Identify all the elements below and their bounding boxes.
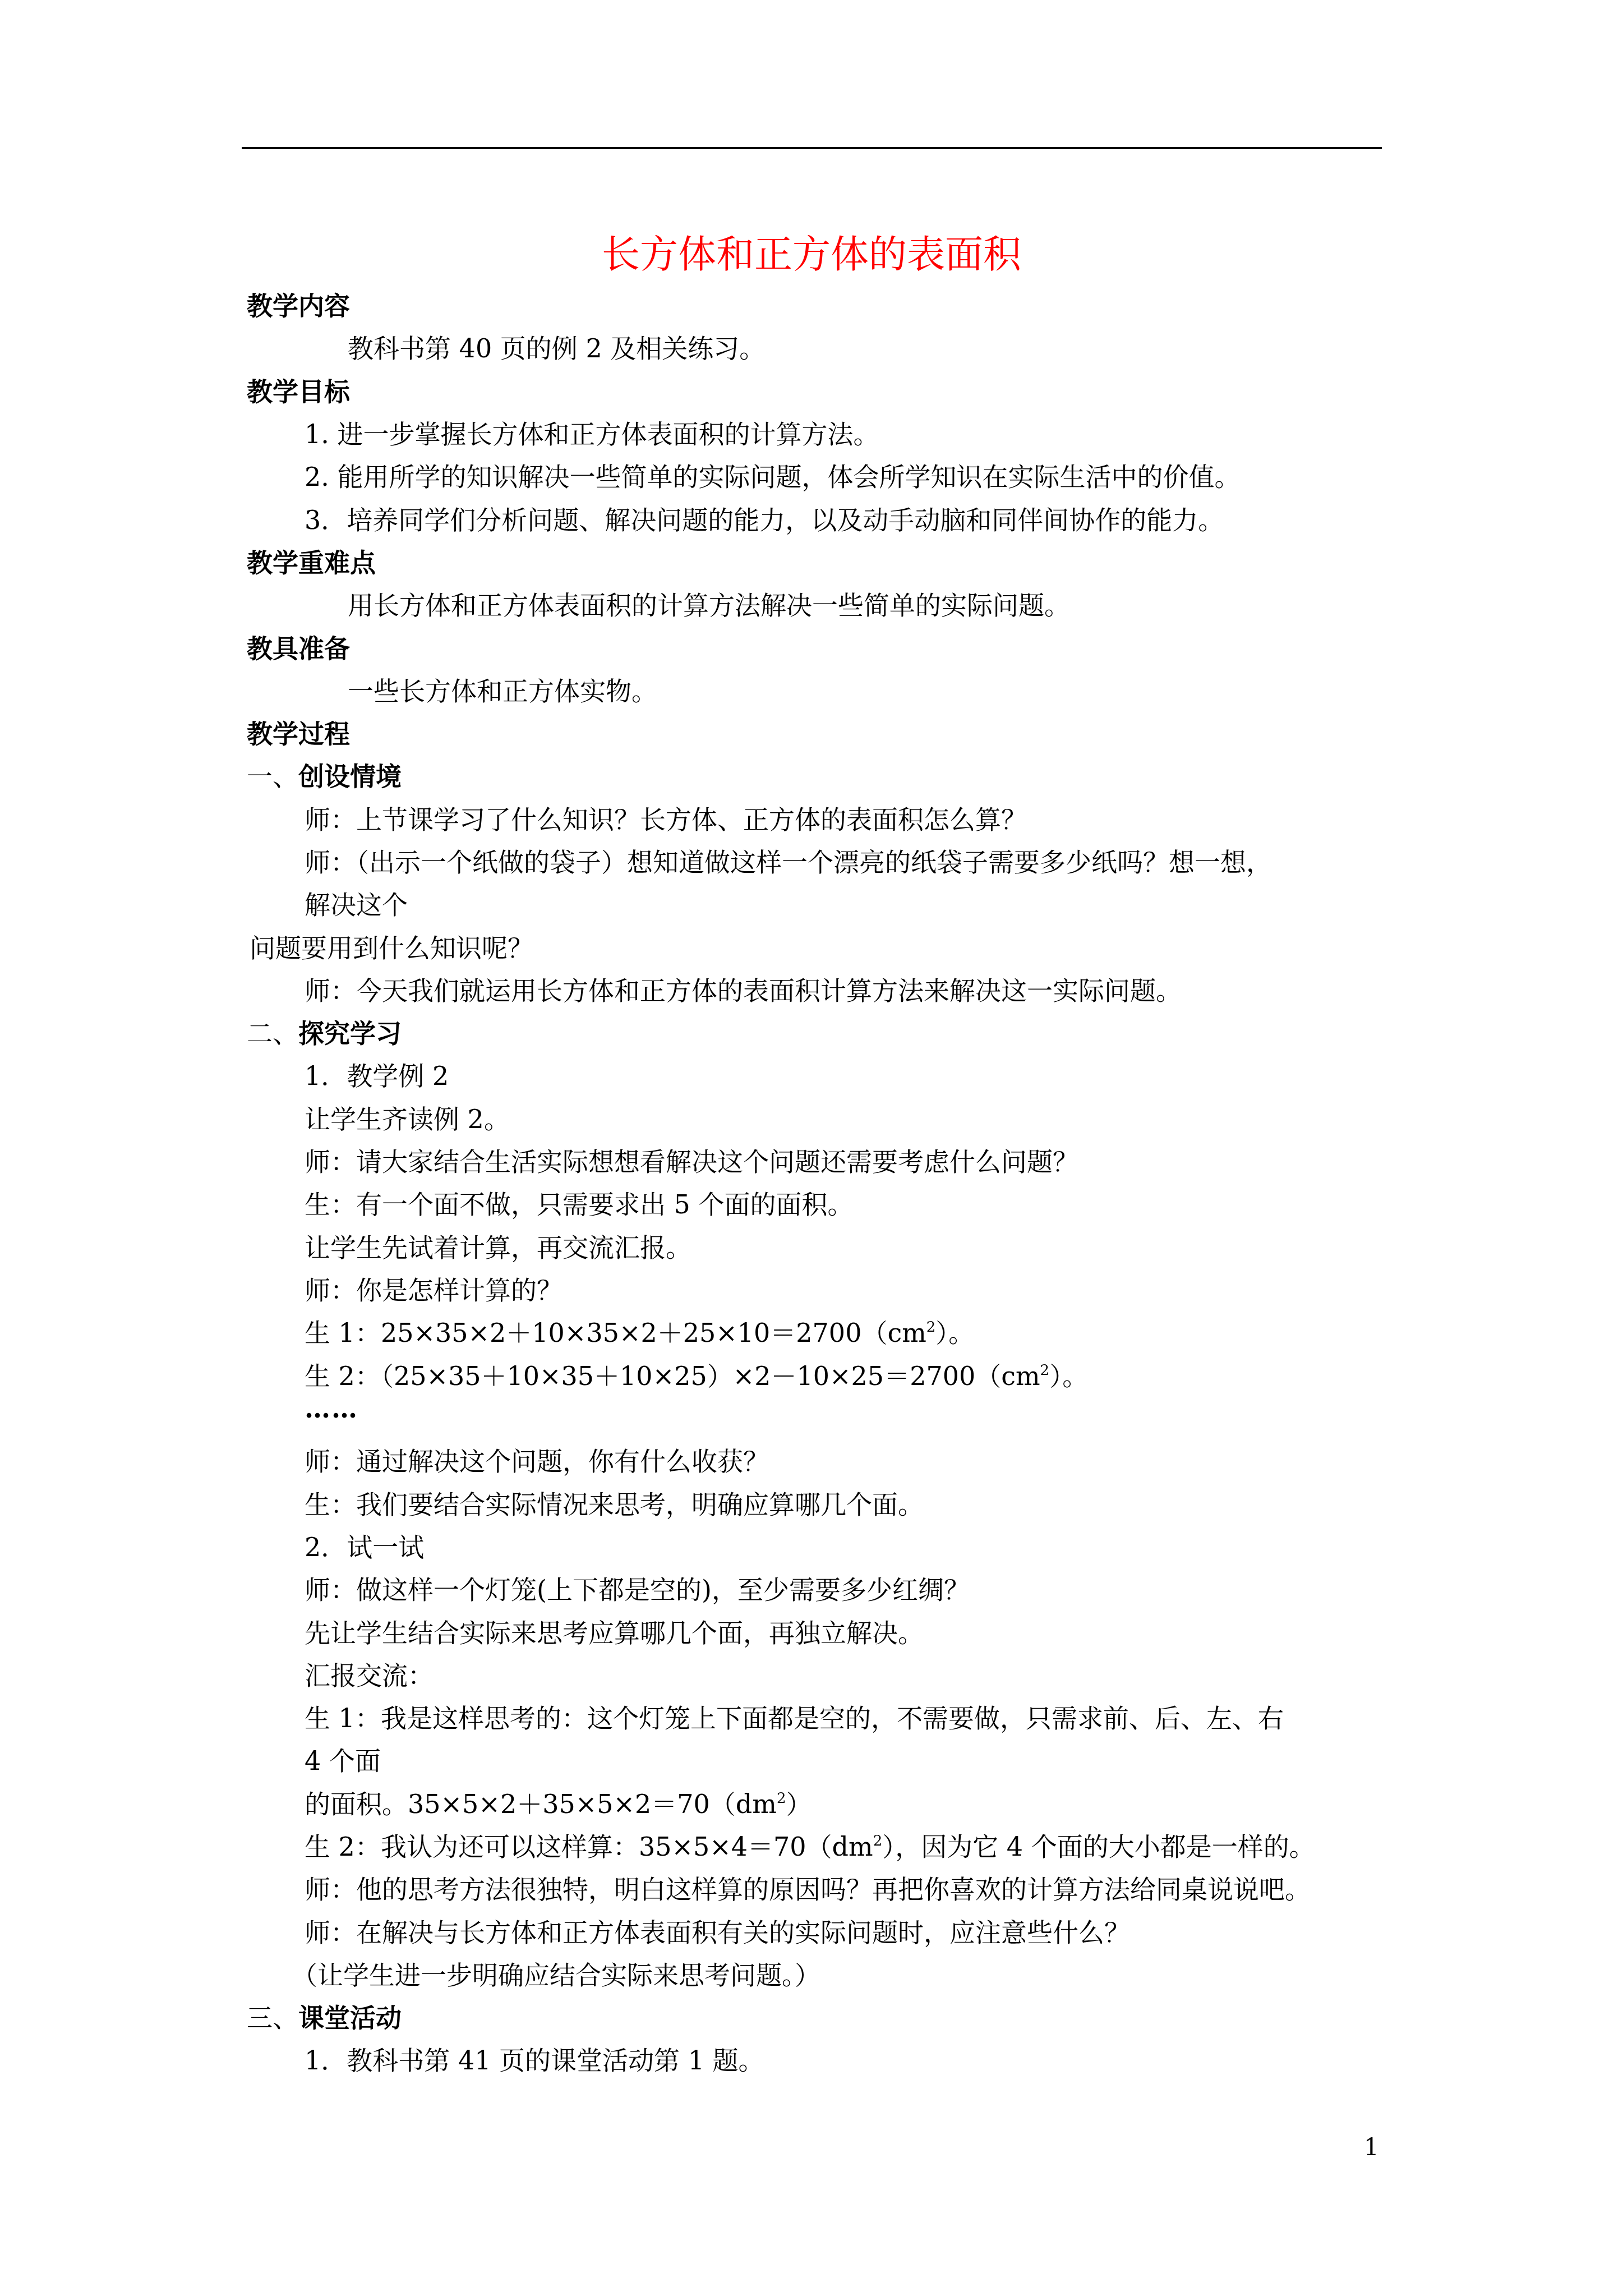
section-heading-key-points: 教学重难点	[247, 541, 376, 584]
formula-line-area: 的面积。35×5×2＋35×5×2＝70（dm2）	[305, 1783, 811, 1825]
page-number: 1	[1364, 2132, 1379, 2163]
formula-text: ）。	[1049, 1361, 1088, 1391]
part-heading-2: 二、探究学习	[247, 1012, 402, 1055]
dialogue-line: 让学生齐读例 2。	[305, 1098, 510, 1140]
formula-text: ）。	[935, 1318, 974, 1348]
objective-item: 3．培养同学们分析问题、解决问题的能力，以及动手动脑和同伴间协作的能力。	[305, 499, 1224, 541]
formula-text: 的面积。35×5×2＋35×5×2＝70（dm	[305, 1789, 777, 1819]
dialogue-line: 解决这个	[305, 884, 408, 926]
section-heading-materials: 教具准备	[247, 627, 350, 670]
dialogue-line: 汇报交流：	[305, 1654, 434, 1697]
part-heading-3: 三、课堂活动	[247, 1996, 402, 2039]
dialogue-line: 生：我们要结合实际情况来思考，明确应算哪几个面。	[305, 1483, 924, 1526]
formula-text: 生 2：我认为还可以这样算：35×5×4＝70（dm	[305, 1832, 873, 1862]
dialogue-line: 2．试一试	[305, 1526, 424, 1568]
activity-item: 1．教科书第 41 页的课堂活动第 1 题。	[305, 2039, 764, 2082]
section-heading-objectives: 教学目标	[247, 370, 350, 413]
formula-line-student2-alt: 生 2：我认为还可以这样算：35×5×4＝70（dm2），因为它 4 个面的大小…	[305, 1825, 1315, 1868]
dialogue-line: 师：今天我们就运用长方体和正方体的表面积计算方法来解决这一实际问题。	[305, 969, 1182, 1012]
objective-item: 2. 能用所学的知识解决一些简单的实际问题，体会所学知识在实际生活中的价值。	[305, 455, 1241, 498]
part-title: 创设情境	[298, 761, 402, 792]
document-page: 长方体和正方体的表面积 教学内容 教科书第 40 页的例 2 及相关练习。 教学…	[0, 0, 1623, 2296]
formula-text: ），因为它 4 个面的大小都是一样的。	[882, 1832, 1315, 1862]
formula-text: 生 2：（25×35＋10×35＋10×25）×2－10×25＝2700（cm	[305, 1361, 1040, 1391]
section-heading-process: 教学过程	[247, 712, 350, 755]
superscript: 2	[926, 1319, 936, 1336]
part-heading-1: 一、创设情境	[247, 755, 402, 798]
dialogue-line: 师：上节课学习了什么知识？长方体、正方体的表面积怎么算？	[305, 798, 1027, 841]
formula-text: ）	[786, 1789, 811, 1819]
superscript: 2	[1040, 1362, 1050, 1379]
part-number: 三、	[247, 2003, 298, 2033]
objective-item: 1. 进一步掌握长方体和正方体表面积的计算方法。	[305, 413, 879, 455]
dialogue-line: 先让学生结合实际来思考应算哪几个面，再独立解决。	[305, 1612, 924, 1654]
header-rule	[242, 147, 1382, 149]
dialogue-line: 师：通过解决这个问题，你有什么收获？	[305, 1440, 769, 1483]
document-title: 长方体和正方体的表面积	[0, 224, 1623, 286]
dialogue-line: 让学生先试着计算，再交流汇报。	[305, 1226, 691, 1269]
dialogue-line: 4 个面	[305, 1740, 381, 1782]
section-heading-content: 教学内容	[247, 284, 350, 327]
dialogue-line: 生：有一个面不做，只需要求出 5 个面的面积。	[305, 1183, 854, 1226]
dialogue-line: 师：（出示一个纸做的袋子）想知道做这样一个漂亮的纸袋子需要多少纸吗？想一想，	[305, 841, 1272, 884]
content-text: 教科书第 40 页的例 2 及相关练习。	[348, 327, 765, 370]
dialogue-line: 师：在解决与长方体和正方体表面积有关的实际问题时，应注意些什么？	[305, 1911, 1130, 1954]
dialogue-line: （让学生进一步明确应结合实际来思考问题。）	[292, 1954, 820, 1996]
formula-text: 生 1：25×35×2＋10×35×2＋25×10＝2700（cm	[305, 1318, 926, 1348]
part-number: 一、	[247, 761, 298, 792]
key-points-text: 用长方体和正方体表面积的计算方法解决一些简单的实际问题。	[348, 584, 1070, 627]
part-title: 课堂活动	[298, 2003, 402, 2033]
part-number: 二、	[247, 1018, 298, 1048]
dialogue-line: 问题要用到什么知识呢？	[250, 927, 533, 969]
part-title: 探究学习	[298, 1018, 402, 1048]
superscript: 2	[873, 1833, 883, 1849]
dialogue-line: 1．教学例 2	[305, 1055, 449, 1097]
superscript: 2	[777, 1790, 786, 1807]
dialogue-line: 师：他的思考方法很独特，明白这样算的原因吗？再把你喜欢的计算方法给同桌说说吧。	[305, 1868, 1311, 1911]
dialogue-line: 师：做这样一个灯笼(上下都是空的)，至少需要多少红绸？	[305, 1568, 970, 1611]
dialogue-line: 师：请大家结合生活实际想想看解决这个问题还需要考虑什么问题？	[305, 1140, 1078, 1183]
formula-line-student2: 生 2：（25×35＋10×35＋10×25）×2－10×25＝2700（cm2…	[305, 1355, 1088, 1397]
materials-text: 一些长方体和正方体实物。	[348, 670, 657, 712]
formula-line-student1: 生 1：25×35×2＋10×35×2＋25×10＝2700（cm2）。	[305, 1312, 974, 1354]
ellipsis: ……	[305, 1387, 358, 1430]
dialogue-line: 生 1：我是这样思考的：这个灯笼上下面都是空的，不需要做，只需求前、后、左、右	[305, 1697, 1284, 1740]
dialogue-line: 师：你是怎样计算的？	[305, 1269, 562, 1312]
